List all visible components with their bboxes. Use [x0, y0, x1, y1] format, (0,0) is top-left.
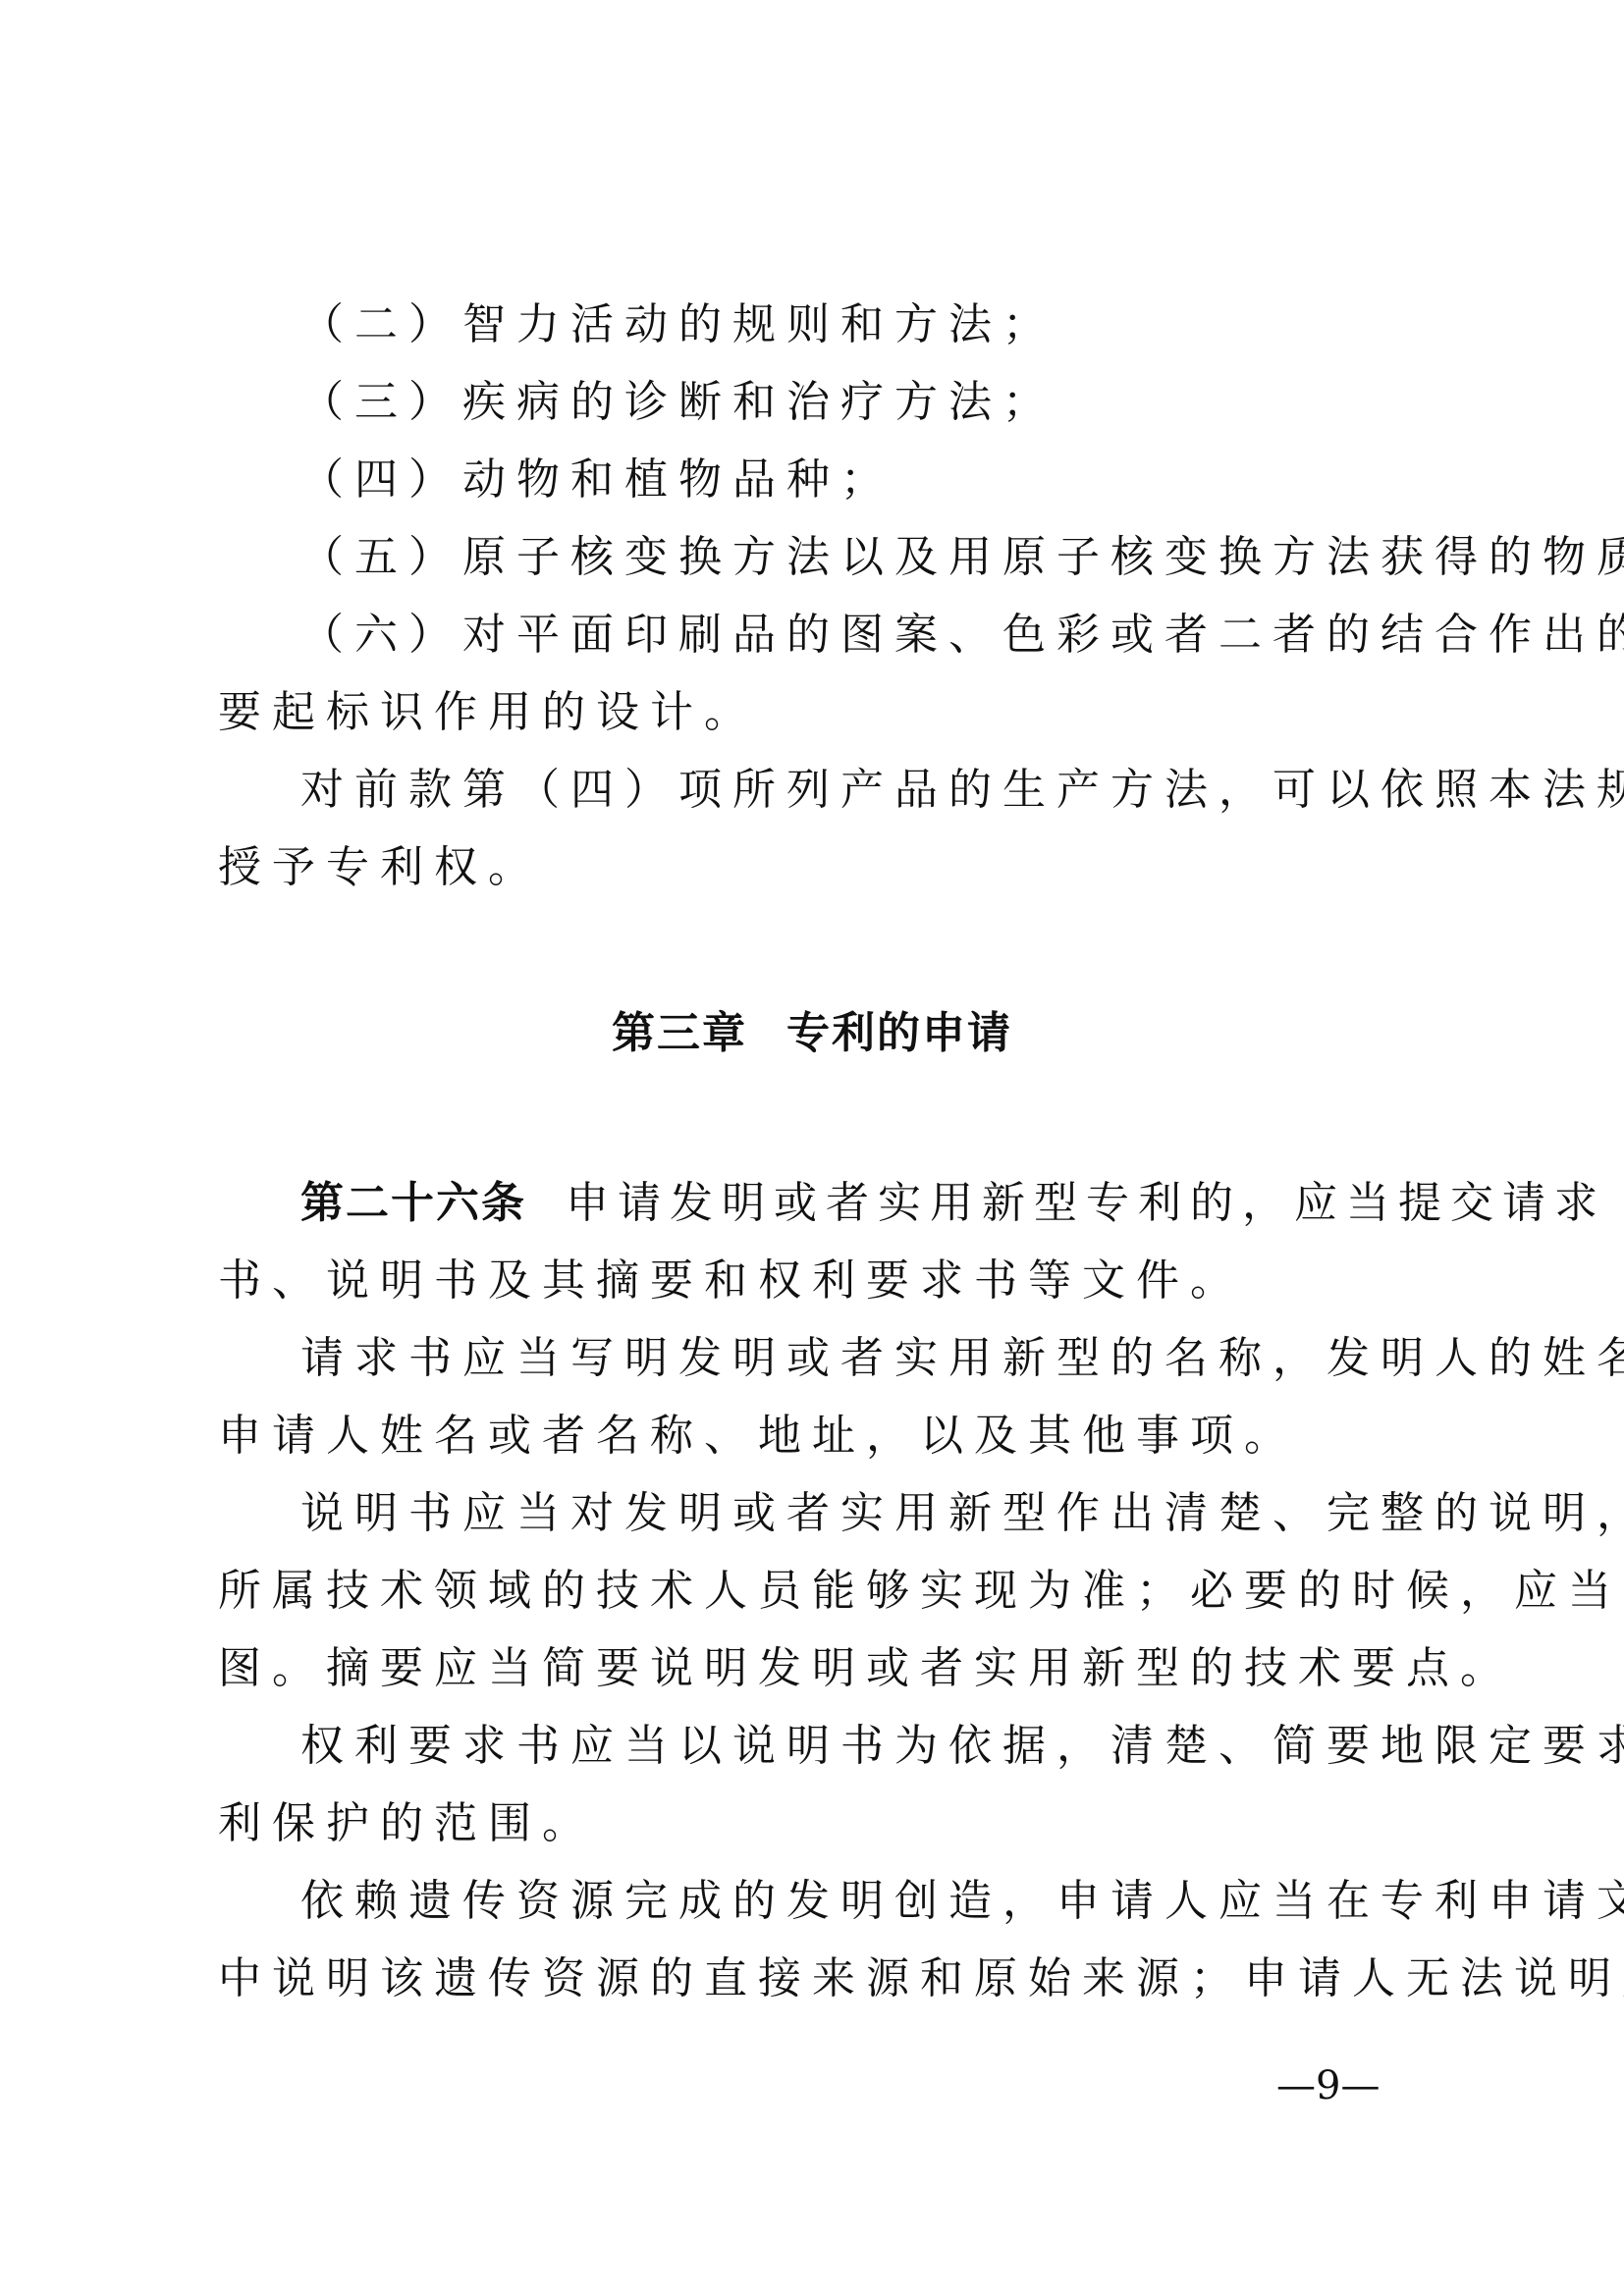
- text-line: 说明书应当对发明或者实用新型作出清楚、完整的说明，以: [300, 1486, 1518, 1541]
- text-line: （五）原子核变换方法以及用原子核变换方法获得的物质；: [300, 530, 1518, 585]
- chapter-title: 专利的申请: [786, 1008, 1012, 1058]
- text-line: 所属技术领域的技术人员能够实现为准；必要的时候，应当有附: [218, 1564, 1435, 1619]
- document-page: （二）智力活动的规则和方法； （三）疾病的诊断和治疗方法； （四）动物和植物品种…: [0, 0, 1624, 2296]
- text-line: 请求书应当写明发明或者实用新型的名称，发明人的姓名，: [300, 1331, 1518, 1386]
- article-label: 第二十六条: [300, 1178, 526, 1228]
- page-number: —9—: [1276, 2061, 1380, 2110]
- text-line: 授予专利权。: [218, 840, 1435, 895]
- text-line: （四）动物和植物品种；: [300, 453, 1518, 507]
- text-line: 权利要求书应当以说明书为依据，清楚、简要地限定要求专: [300, 1719, 1518, 1774]
- text-line: 利保护的范围。: [218, 1796, 1435, 1851]
- article-text: 申请发明或者实用新型专利的，应当提交请求: [566, 1178, 1606, 1228]
- text-line: 要起标识作用的设计。: [218, 685, 1435, 740]
- text-line: 书、说明书及其摘要和权利要求书等文件。: [218, 1254, 1435, 1308]
- text-line: （三）疾病的诊断和治疗方法；: [300, 375, 1518, 430]
- chapter-heading: 第三章专利的申请: [0, 1006, 1624, 1061]
- text-line: 依赖遗传资源完成的发明创造，申请人应当在专利申请文件: [300, 1874, 1518, 1929]
- text-line: 中说明该遗传资源的直接来源和原始来源；申请人无法说明原始: [218, 1951, 1435, 2006]
- article-first-line: 第二十六条申请发明或者实用新型专利的，应当提交请求: [300, 1176, 1518, 1231]
- text-line: 图。摘要应当简要说明发明或者实用新型的技术要点。: [218, 1641, 1435, 1696]
- text-line: （二）智力活动的规则和方法；: [300, 297, 1518, 352]
- text-line: 申请人姓名或者名称、地址，以及其他事项。: [218, 1409, 1435, 1464]
- chapter-number: 第三章: [612, 1008, 747, 1058]
- text-line: 对前款第（四）项所列产品的生产方法，可以依照本法规定: [300, 763, 1518, 818]
- text-line: （六）对平面印刷品的图案、色彩或者二者的结合作出的主: [300, 608, 1518, 663]
